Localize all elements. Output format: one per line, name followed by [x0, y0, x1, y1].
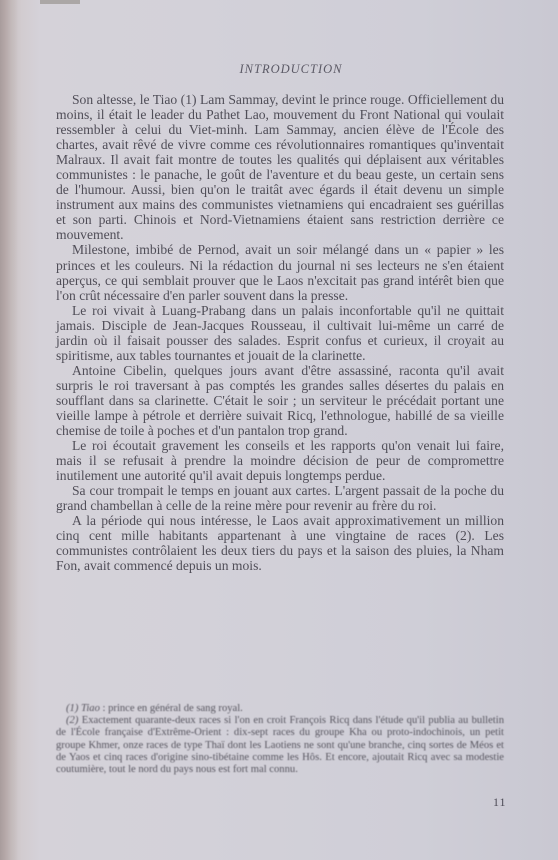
page-number: 11	[493, 795, 507, 810]
book-page-photo: INTRODUCTION Son altesse, le Tiao (1) La…	[0, 0, 558, 860]
body-text: Son altesse, le Tiao (1) Lam Sammay, dev…	[56, 92, 504, 574]
footnote: (1) Tiao : prince en général de sang roy…	[56, 703, 504, 715]
footnote-marker: (2)	[66, 715, 78, 726]
book-page: INTRODUCTION Son altesse, le Tiao (1) La…	[24, 0, 558, 860]
footnote-term: Tiao	[81, 703, 100, 714]
paragraph: Le roi vivait à Luang-Prabang dans un pa…	[56, 303, 504, 363]
paragraph: Milestone, imbibé de Pernod, avait un so…	[56, 242, 504, 302]
book-binding-shadow	[0, 0, 18, 860]
paragraph: Sa cour trompait le temps en jouant aux …	[56, 483, 504, 513]
paragraph: A la période qui nous intéresse, le Laos…	[56, 513, 504, 573]
running-header: INTRODUCTION	[24, 62, 558, 77]
paragraph: Son altesse, le Tiao (1) Lam Sammay, dev…	[56, 92, 504, 242]
footnote-marker: (1)	[66, 703, 78, 714]
footnote-text: Exactement quarante-deux races si l'on e…	[56, 715, 504, 775]
footnote-text: : prince en général de sang royal.	[100, 703, 243, 714]
paragraph: Le roi écoutait gravement les conseils e…	[56, 438, 504, 483]
footnotes: (1) Tiao : prince en général de sang roy…	[56, 703, 504, 776]
footnote: (2) Exactement quarante-deux races si l'…	[56, 715, 504, 776]
paragraph: Antoine Cibelin, quelques jours avant d'…	[56, 363, 504, 438]
